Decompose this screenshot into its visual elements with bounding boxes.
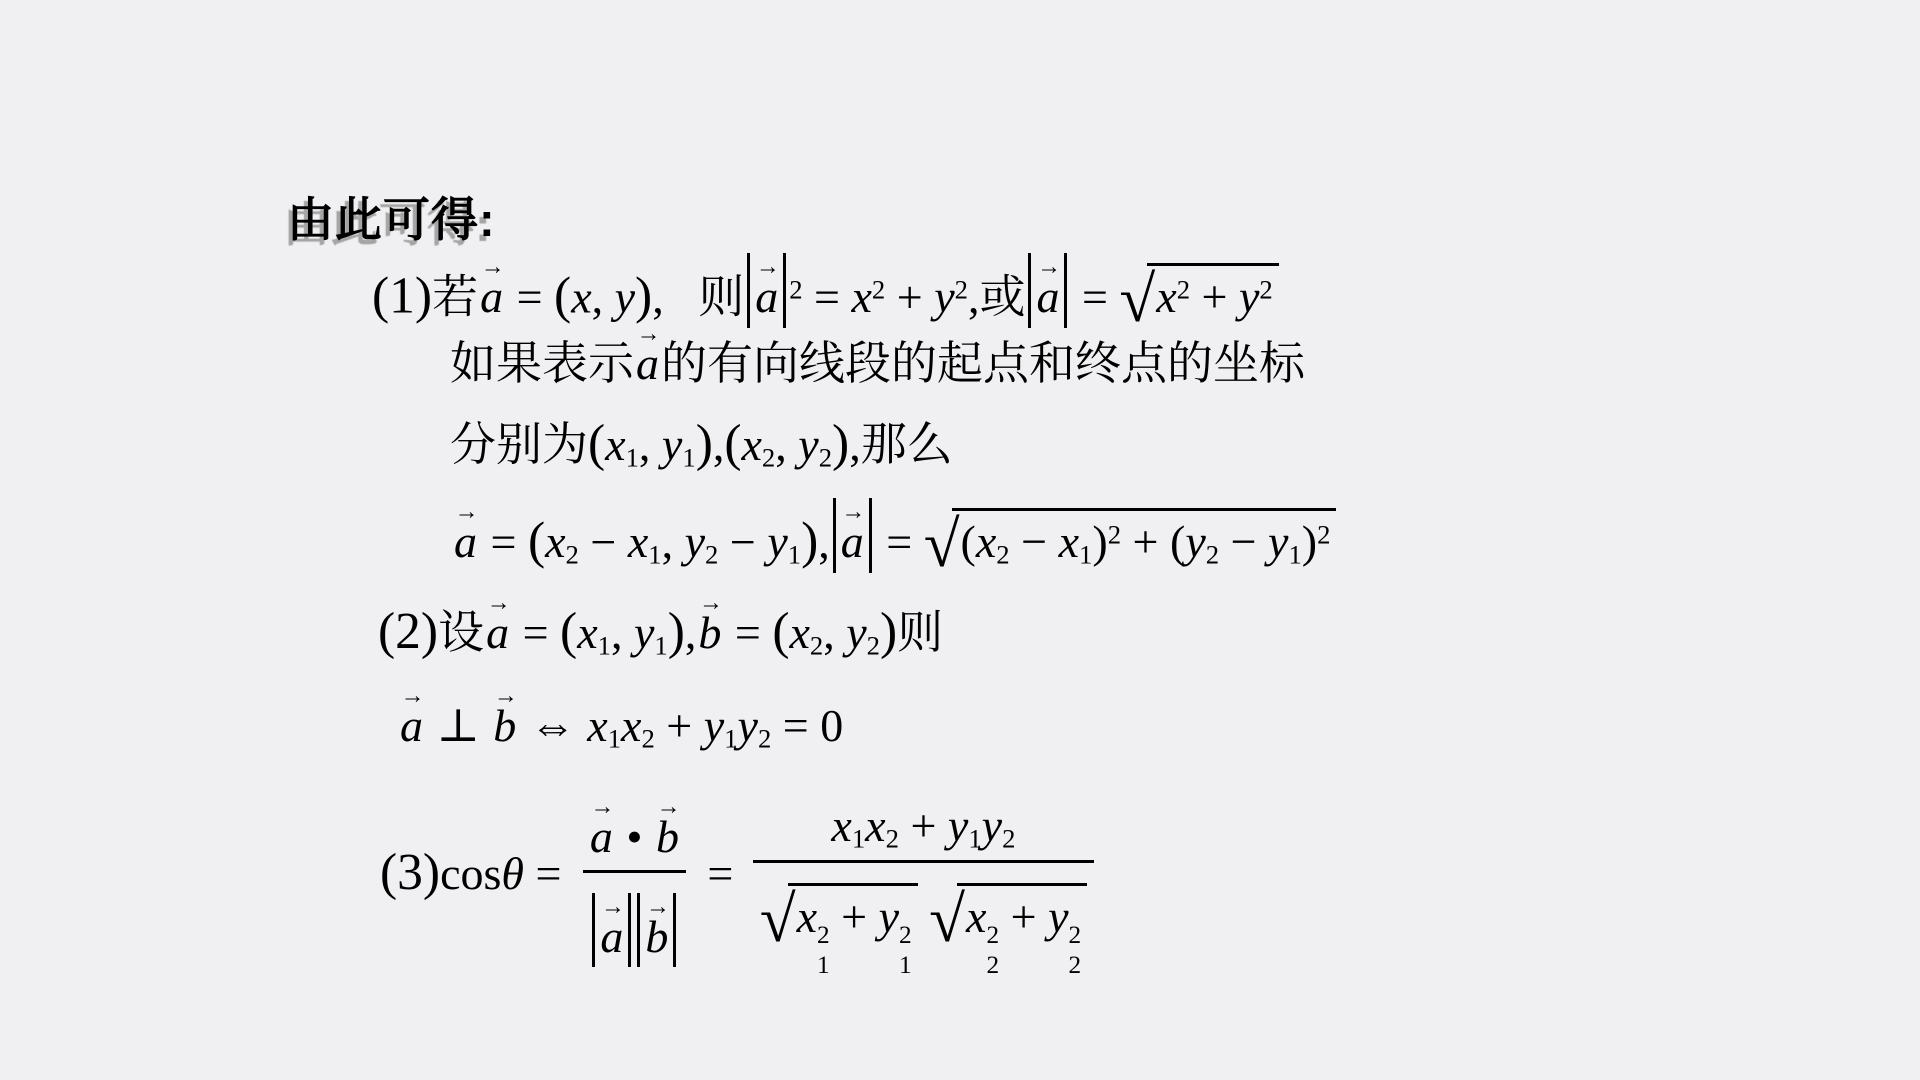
square-root: √(x2 − x1)2 + (y2 − y1)2 xyxy=(924,508,1337,578)
scripted-term: )2 xyxy=(1302,516,1331,567)
scripted-term: y21 xyxy=(879,891,912,942)
math-text: (3) xyxy=(380,844,440,901)
scripted-term: x1 xyxy=(831,800,865,851)
abs-bar xyxy=(673,893,676,968)
vector-a: →a xyxy=(634,335,661,393)
math-text: , xyxy=(639,419,662,470)
math-text: ( xyxy=(528,512,545,569)
superscript: 2 xyxy=(872,275,885,305)
math-text: x xyxy=(831,800,851,851)
vector-arrow-icon: → xyxy=(590,796,614,820)
math-text: + xyxy=(1190,271,1239,322)
superscript: 2 xyxy=(1259,275,1272,305)
scripted-term: y2 xyxy=(982,800,1016,851)
vector-arrow-icon: → xyxy=(494,685,518,709)
math-text: , xyxy=(713,419,725,470)
subscript: 2 xyxy=(758,723,771,753)
formula-line-5: (2)设→a = (x1, y1),→b = (x2, y2)则 xyxy=(378,600,943,664)
square-root: √x21 + y21 xyxy=(760,883,918,979)
math-text: x xyxy=(1059,516,1079,567)
vector-arrow-icon: → xyxy=(646,896,670,920)
superscript: 2 xyxy=(817,923,830,948)
math-text: + xyxy=(830,891,879,942)
scripted-term: x2 xyxy=(742,419,776,470)
superscript: 2 xyxy=(1108,520,1121,550)
subscript: 2 xyxy=(810,630,823,660)
math-text: = xyxy=(524,848,573,899)
scripted-term: x2 xyxy=(789,607,823,658)
vector-b: →b xyxy=(643,908,670,966)
math-text: ( xyxy=(772,603,789,660)
math-text: ⊥ xyxy=(425,700,491,751)
abs-bar xyxy=(869,498,872,573)
scripted-term: x1 xyxy=(577,607,611,658)
math-text: y xyxy=(634,607,654,658)
math-text: (1) xyxy=(372,267,432,324)
scripted-term: y1 xyxy=(634,607,668,658)
math-text: , xyxy=(652,271,698,322)
scripted-term: y1 xyxy=(767,516,801,567)
math-text: y xyxy=(1239,271,1259,322)
slide-canvas: 由此可得: (1)若→a = (x, y), 则→a2 = x2 + y2,或→… xyxy=(0,0,1920,1080)
math-text: 则 xyxy=(897,607,943,658)
math-text: y xyxy=(662,419,682,470)
subscript: 1 xyxy=(968,823,981,853)
subscript: 1 xyxy=(1288,540,1301,570)
abs-bar xyxy=(1064,253,1067,328)
scripted-term: y1 xyxy=(1268,516,1302,567)
superscript: 2 xyxy=(955,275,968,305)
math-text: 那么 xyxy=(861,419,953,470)
subscript: 1 xyxy=(899,953,912,978)
scripted-term: y22 xyxy=(1048,891,1081,942)
math-text: = 0 xyxy=(771,700,843,751)
vector-a: →a xyxy=(478,268,505,326)
math-text: = xyxy=(875,516,924,567)
math-text: x xyxy=(1156,271,1176,322)
subscript: 1 xyxy=(817,953,830,978)
math-text: x xyxy=(628,516,648,567)
abs-bar xyxy=(1028,253,1031,328)
math-text: = xyxy=(1070,271,1119,322)
subscript: 1 xyxy=(788,540,801,570)
fraction-numerator: x1x2 + y1y2 xyxy=(825,775,1023,860)
scripted-term: x2 xyxy=(1156,271,1190,322)
math-text: 或 xyxy=(979,271,1025,322)
subscript: 2 xyxy=(986,953,999,978)
math-text: 设 xyxy=(438,607,484,658)
math-text: y xyxy=(685,516,705,567)
slide-title: 由此可得: xyxy=(287,183,496,250)
math-text: , xyxy=(823,607,846,658)
vector-b: →b xyxy=(491,697,518,755)
math-text: 如果表示 xyxy=(450,338,634,389)
scripted-term: x21 xyxy=(797,891,830,942)
formula-line-6: →a ⊥ →b ⇔ x1x2 + y1y2 = 0 xyxy=(398,697,843,756)
math-text: x xyxy=(587,700,607,751)
vector-arrow-icon: → xyxy=(487,592,511,616)
math-text: , xyxy=(849,419,861,470)
subscript: 1 xyxy=(626,442,639,472)
square-root: √x22 + y22 xyxy=(929,883,1087,979)
subscript: 1 xyxy=(852,823,865,853)
subscript: 2 xyxy=(705,540,718,570)
superscript: 2 xyxy=(1177,275,1190,305)
scripted-term: y1 xyxy=(662,419,696,470)
subscript: 1 xyxy=(654,630,667,660)
math-text: x xyxy=(742,419,762,470)
square-root: √x2 + y2 xyxy=(1119,263,1278,333)
math-text: = xyxy=(723,607,772,658)
scripted-term: x2 xyxy=(976,516,1010,567)
math-text: − xyxy=(1010,516,1059,567)
vector-a: →a xyxy=(452,513,479,571)
math-text: , xyxy=(611,607,634,658)
subscript: 2 xyxy=(641,723,654,753)
math-text: = xyxy=(696,848,745,899)
math-text: x xyxy=(605,419,625,470)
scripted-term: y2 xyxy=(685,516,719,567)
abs-bar xyxy=(747,253,750,328)
scripted-term: x2 xyxy=(545,516,579,567)
subscript: 1 xyxy=(608,723,621,753)
vector-arrow-icon: → xyxy=(699,592,723,616)
math-text: 若 xyxy=(432,271,478,322)
scripted-term: 2 xyxy=(780,271,802,322)
math-text: y xyxy=(798,419,818,470)
formula-line-1: (1)若→a = (x, y), 则→a2 = x2 + y2,或→a = √x… xyxy=(372,253,1279,334)
vector-a: →a xyxy=(598,908,625,966)
math-text: + xyxy=(885,271,934,322)
math-text: x xyxy=(621,700,641,751)
math-text: x xyxy=(545,516,565,567)
scripted-term: y2 xyxy=(1239,271,1273,322)
vector-a: →a xyxy=(398,697,425,755)
math-text: y xyxy=(1268,516,1288,567)
math-text: 则 xyxy=(698,271,744,322)
subscript: 1 xyxy=(598,630,611,660)
text-line-3: 分别为(x1, y1),(x2, y2),那么 xyxy=(450,412,953,476)
math-text: y xyxy=(704,700,724,751)
radicand: x22 + y22 xyxy=(957,883,1087,979)
subscript: 2 xyxy=(566,540,579,570)
abs-bar xyxy=(783,253,786,328)
math-text: + xyxy=(1121,516,1170,567)
math-text: y xyxy=(1185,516,1205,567)
vector-arrow-icon: → xyxy=(601,896,625,920)
math-text: + xyxy=(899,800,948,851)
fraction: x1x2 + y1y2√x21 + y21 √x22 + y22 xyxy=(753,775,1094,982)
abs-bar xyxy=(628,893,631,968)
abs-bar xyxy=(833,498,836,573)
math-text: ( xyxy=(560,603,577,660)
vector-arrow-icon: → xyxy=(657,796,681,820)
subscript: 1 xyxy=(1079,540,1092,570)
math-text: ) xyxy=(668,603,685,660)
math-text: • xyxy=(615,811,654,862)
subscript: 2 xyxy=(996,540,1009,570)
math-text: ) xyxy=(801,512,818,569)
math-text: = xyxy=(505,271,554,322)
math-text: , xyxy=(818,516,830,567)
math-text: y xyxy=(934,271,954,322)
math-text xyxy=(918,891,930,942)
math-text: , xyxy=(592,271,615,322)
math-text: θ xyxy=(501,848,524,899)
math-text: y xyxy=(1048,891,1068,942)
vector-arrow-icon: → xyxy=(841,501,865,525)
vector-a: →a xyxy=(484,604,511,662)
math-text: x xyxy=(851,271,871,322)
scripted-term: x1 xyxy=(628,516,662,567)
subscript: 2 xyxy=(819,442,832,472)
superscript: 2 xyxy=(789,275,802,305)
subscript: 1 xyxy=(648,540,661,570)
math-text: + xyxy=(999,891,1048,942)
math-text: ( xyxy=(588,415,605,472)
math-text: − xyxy=(579,516,628,567)
fraction: →a • →b→a→b xyxy=(581,786,688,971)
abs-bar xyxy=(637,893,640,968)
math-text: = xyxy=(803,271,852,322)
math-text: ) xyxy=(832,415,849,472)
math-text: ⇔ xyxy=(518,700,587,751)
radicand: x2 + y2 xyxy=(1147,263,1278,326)
math-text: ( xyxy=(554,267,571,324)
scripted-term: y2 xyxy=(934,271,968,322)
math-text: x xyxy=(577,607,597,658)
math-text: y xyxy=(846,607,866,658)
subscript: 2 xyxy=(762,442,775,472)
vector-a: →a xyxy=(588,808,615,866)
vector-a: →a xyxy=(839,513,866,571)
scripted-term: x22 xyxy=(966,891,999,942)
vector-b: →b xyxy=(696,604,723,662)
subscript: 2 xyxy=(1068,953,1081,978)
math-text: y xyxy=(948,800,968,851)
radicand: x21 + y21 xyxy=(788,883,918,979)
superscript: 2 xyxy=(899,923,912,948)
vector-arrow-icon: → xyxy=(455,501,479,525)
scripted-term: x2 xyxy=(851,271,885,322)
sub-sup-stack: 22 xyxy=(1068,923,1081,978)
math-text: ) xyxy=(880,603,897,660)
math-text: + xyxy=(655,700,704,751)
scripted-term: x2 xyxy=(621,700,655,751)
math-text: x xyxy=(797,891,817,942)
math-text: 分别为 xyxy=(450,419,588,470)
scripted-term: y1 xyxy=(704,700,738,751)
math-text: ( xyxy=(961,516,976,567)
sub-sup-stack: 22 xyxy=(986,923,999,978)
superscript: 2 xyxy=(1317,520,1330,550)
vector-arrow-icon: → xyxy=(401,685,425,709)
vector-a: →a xyxy=(753,268,780,326)
vector-a: →a xyxy=(1034,268,1061,326)
vector-arrow-icon: → xyxy=(756,256,780,280)
sub-sup-stack: 21 xyxy=(817,923,830,978)
math-text: ( xyxy=(1170,516,1185,567)
math-text: , xyxy=(662,516,685,567)
math-text: ) xyxy=(635,267,652,324)
scripted-term: x2 xyxy=(865,800,899,851)
scripted-term: y2 xyxy=(798,419,832,470)
vector-arrow-icon: → xyxy=(1037,256,1061,280)
vector-b: →b xyxy=(654,808,681,866)
scripted-term: y2 xyxy=(846,607,880,658)
scripted-term: )2 xyxy=(1092,516,1121,567)
math-text: ) xyxy=(1302,516,1317,567)
math-text: , xyxy=(968,271,980,322)
math-text: x xyxy=(865,800,885,851)
sub-sup-stack: 21 xyxy=(899,923,912,978)
superscript: 2 xyxy=(986,923,999,948)
formula-line-7: (3)cosθ = →a • →b→a→b = x1x2 + y1y2√x21 … xyxy=(380,775,1102,982)
math-text: = xyxy=(479,516,528,567)
math-text: , xyxy=(775,419,798,470)
subscript: 1 xyxy=(682,442,695,472)
math-text: y xyxy=(767,516,787,567)
math-text: x xyxy=(976,516,996,567)
math-text: y xyxy=(615,271,635,322)
scripted-term: x1 xyxy=(587,700,621,751)
vector-arrow-icon: → xyxy=(481,256,505,280)
math-text: − xyxy=(718,516,767,567)
subscript: 2 xyxy=(886,823,899,853)
fraction-numerator: →a • →b xyxy=(581,786,688,870)
scripted-term: x1 xyxy=(605,419,639,470)
math-text: x xyxy=(789,607,809,658)
text-line-2: 如果表示→a的有向线段的起点和终点的坐标 xyxy=(450,335,1305,393)
math-text: ( xyxy=(724,415,741,472)
scripted-term: y1 xyxy=(948,800,982,851)
subscript: 2 xyxy=(1206,540,1219,570)
fraction-denominator: →a→b xyxy=(583,870,687,971)
math-text: 的有向线段的起点和终点的坐标 xyxy=(661,338,1305,389)
math-text: cos xyxy=(440,848,501,899)
abs-bar xyxy=(592,893,595,968)
math-text: ) xyxy=(696,415,713,472)
vector-arrow-icon: → xyxy=(637,323,661,347)
math-text: y xyxy=(982,800,1002,851)
math-text: (2) xyxy=(378,603,438,660)
radicand: (x2 − x1)2 + (y2 − y1)2 xyxy=(952,508,1337,572)
subscript: 2 xyxy=(1002,823,1015,853)
math-text: y xyxy=(738,700,758,751)
math-text: − xyxy=(1219,516,1268,567)
superscript: 2 xyxy=(1068,923,1081,948)
math-text: x xyxy=(966,891,986,942)
formula-line-4: →a = (x2 − x1, y2 − y1),→a = √(x2 − x1)2… xyxy=(452,498,1336,579)
math-text: ) xyxy=(1092,516,1107,567)
scripted-term: x1 xyxy=(1059,516,1093,567)
fraction-denominator: √x21 + y21 √x22 + y22 xyxy=(753,860,1094,982)
math-text: = xyxy=(511,607,560,658)
scripted-term: y2 xyxy=(738,700,772,751)
math-text: y xyxy=(879,891,899,942)
subscript: 1 xyxy=(724,723,737,753)
math-text: , xyxy=(685,607,697,658)
scripted-term: y2 xyxy=(1185,516,1219,567)
math-text: x xyxy=(571,271,591,322)
subscript: 2 xyxy=(867,630,880,660)
